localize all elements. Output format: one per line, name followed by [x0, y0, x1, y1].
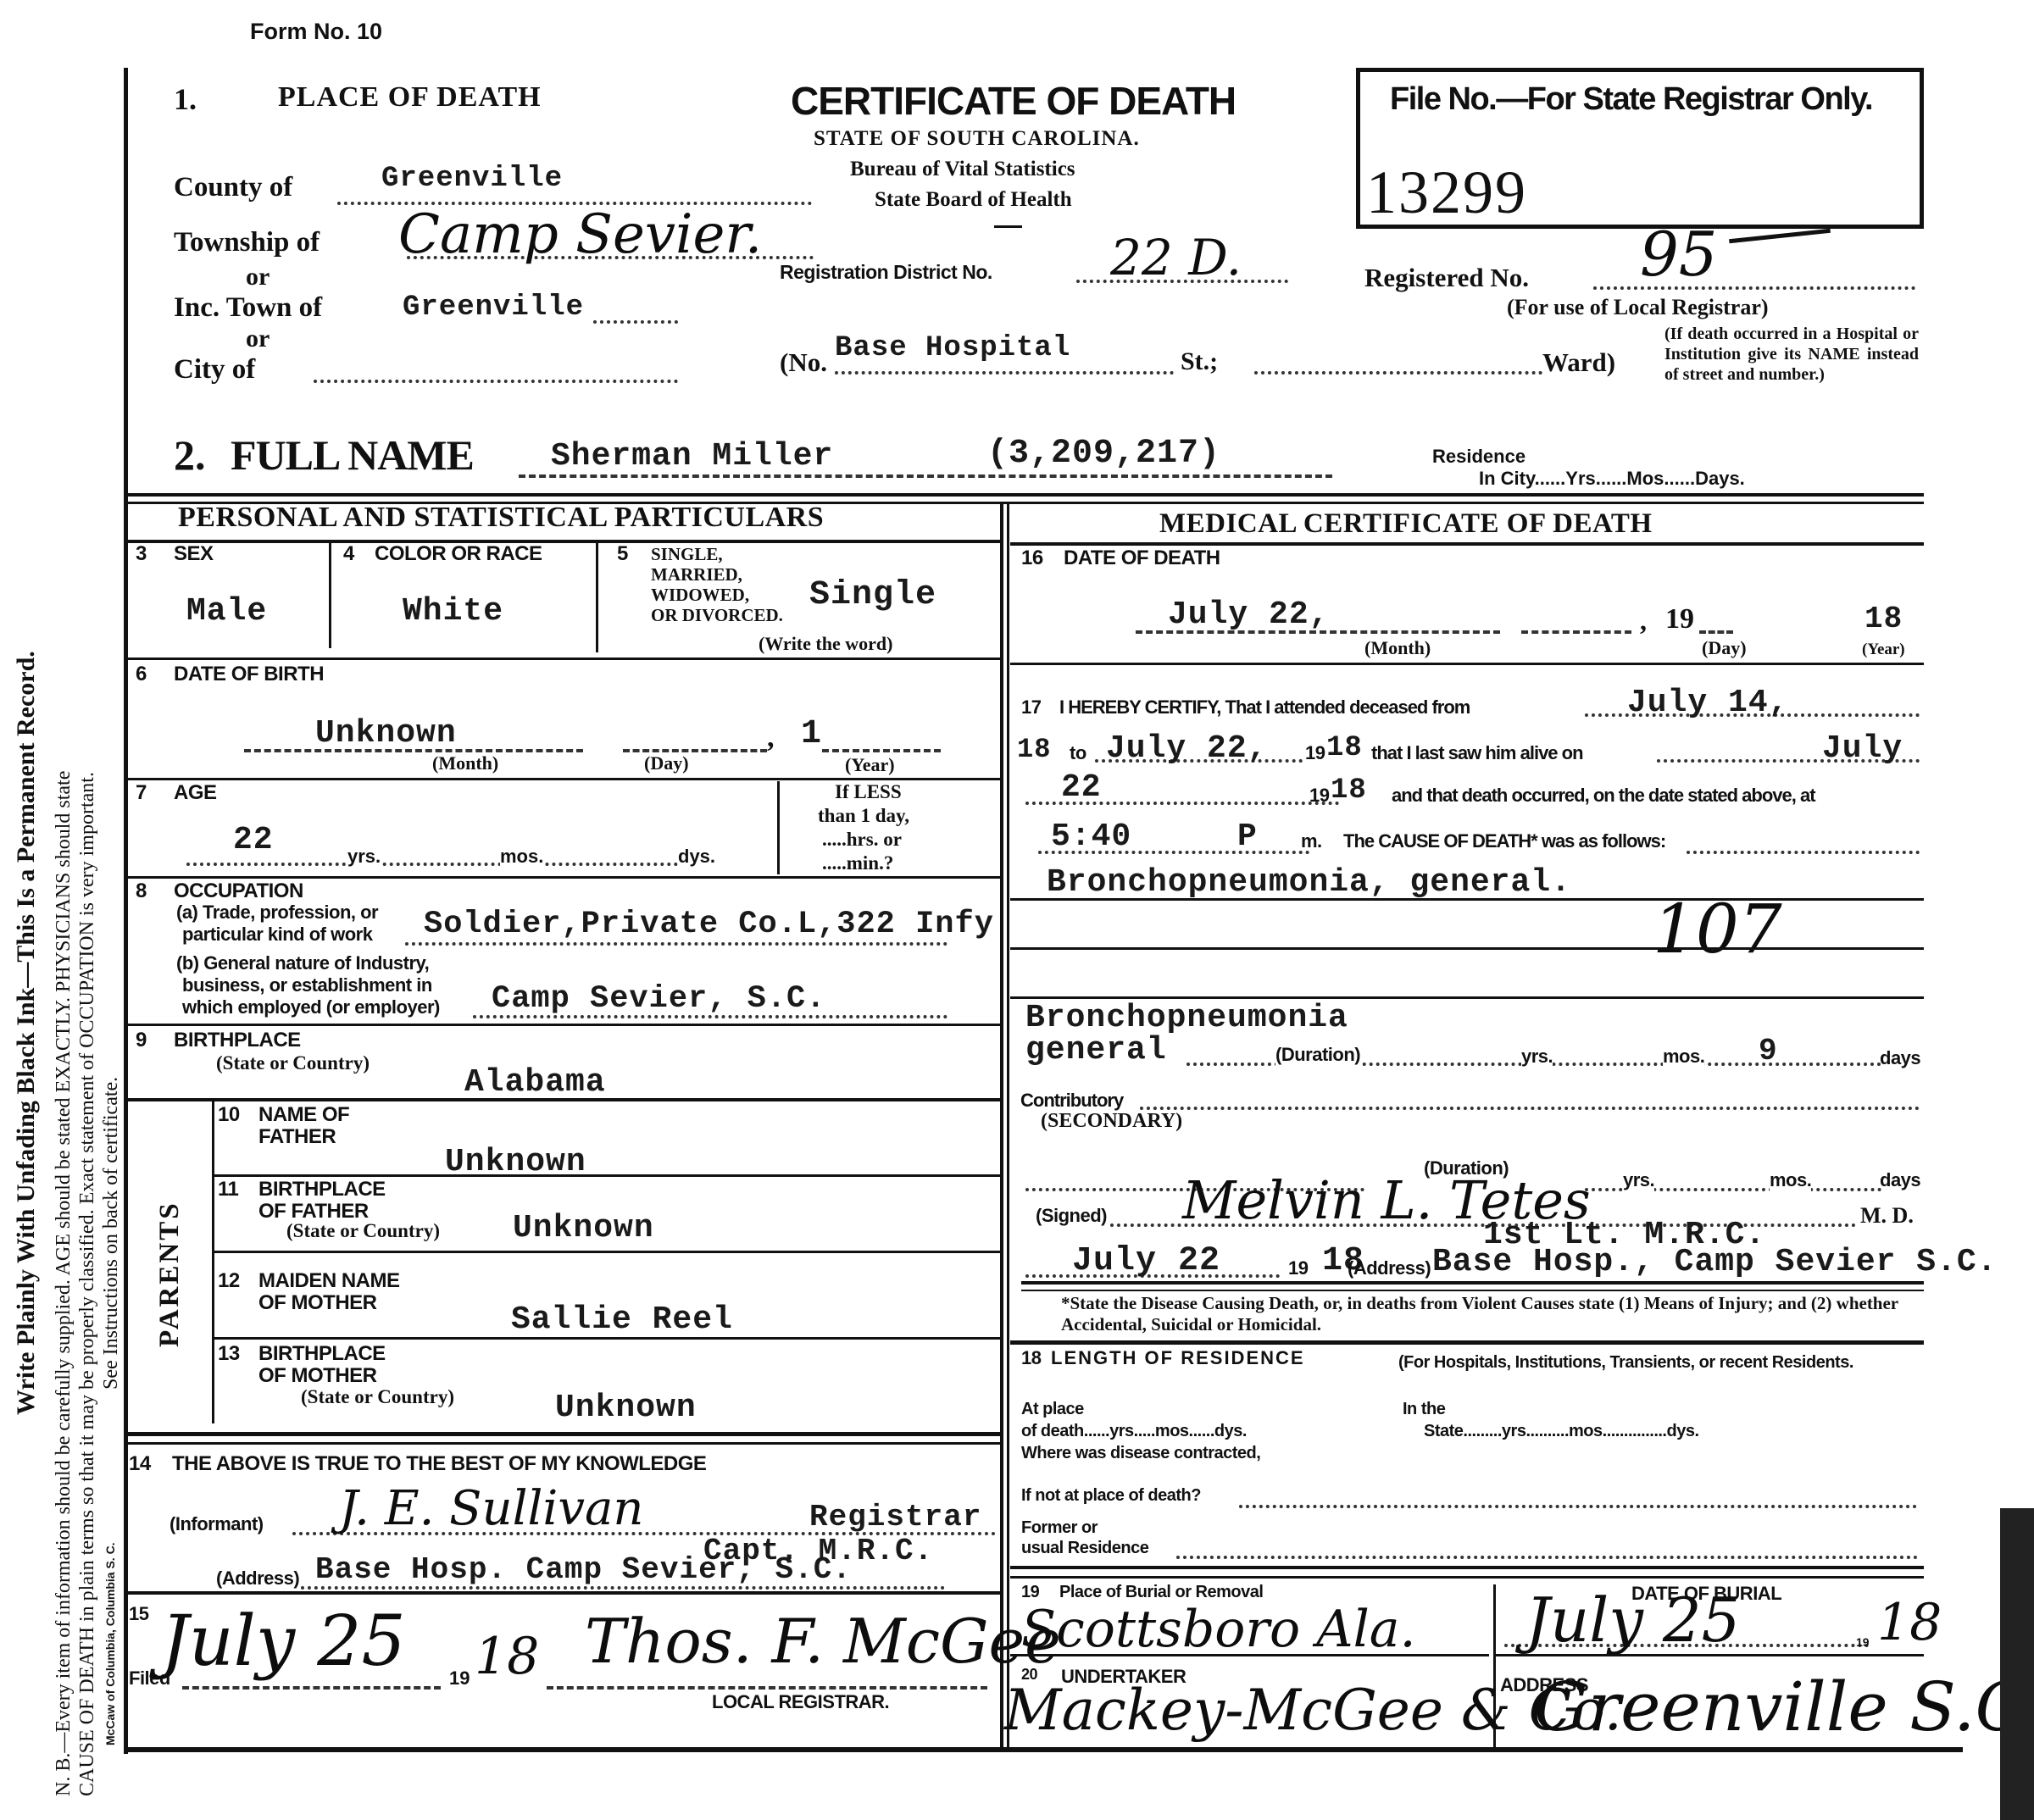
city-label: City of: [174, 354, 255, 386]
contributory-line: [1140, 1107, 1920, 1110]
row-rule-filed: [127, 1591, 1000, 1595]
file-number[interactable]: 13299: [1366, 158, 1527, 228]
duration-days-value[interactable]: 9: [1759, 1034, 1778, 1068]
filed-date-line: [182, 1686, 441, 1690]
burial-date-value[interactable]: July 25: [1525, 1584, 1740, 1656]
occupation-a-label-2: particular kind of work: [182, 924, 372, 946]
marital-number: 5: [617, 542, 628, 566]
certify-number: 17: [1021, 696, 1041, 719]
registrar-line: [547, 1686, 987, 1690]
or-2: or: [246, 325, 270, 353]
occupation-b-value[interactable]: Camp Sevier, S.C.: [492, 981, 825, 1017]
dob-number: 6: [136, 663, 147, 686]
sex-value[interactable]: Male: [186, 593, 267, 630]
parents-divider: [212, 1101, 214, 1423]
filed-year-prefix: 19: [449, 1667, 470, 1690]
duration-days-label: days: [1880, 1047, 1920, 1069]
secondary-label: (SECONDARY): [1041, 1110, 1182, 1133]
mother-name-label-2: OF MOTHER: [258, 1291, 377, 1315]
medical-heading-rule: [1010, 542, 1924, 546]
mother-birthplace-value[interactable]: Unknown: [555, 1390, 697, 1426]
certify-to-label: to: [1070, 742, 1086, 764]
cause-line-1: [1010, 898, 1924, 901]
row-rule-birthplace: [127, 1024, 1000, 1026]
death-day-caption: (Day): [1702, 637, 1747, 659]
certify-text-2: that I last saw him alive on: [1371, 742, 1583, 764]
mother-name-number: 12: [218, 1269, 240, 1293]
birthplace-value[interactable]: Alabama: [464, 1064, 606, 1101]
dob-year-line: [822, 749, 941, 752]
street-st-label: St.;: [1181, 347, 1218, 376]
cause-label-line: [1687, 851, 1920, 854]
mother-birthplace-sublabel: (State or Country): [301, 1386, 454, 1408]
informant-address-label: (Address): [216, 1568, 299, 1590]
place-of-death-number: 1.: [174, 81, 197, 117]
death-month-caption: (Month): [1364, 637, 1431, 659]
age-less-2: than 1 day,: [818, 805, 909, 827]
row-rule-informant-2: [127, 1442, 1000, 1445]
death-date-number: 16: [1021, 547, 1043, 570]
burial-place-value[interactable]: Scottsboro Ala.: [1021, 1600, 1416, 1659]
death-date-label: DATE OF DEATH: [1064, 547, 1220, 570]
age-label: AGE: [174, 781, 217, 805]
death-year-caption: (Year): [1862, 641, 1905, 659]
row-rule-age: [127, 778, 1000, 780]
filed-number: 15: [129, 1603, 148, 1625]
father-birthplace-sublabel: (State or Country): [286, 1220, 440, 1242]
cause-footnote: *State the Disease Causing Death, or, in…: [1061, 1293, 1917, 1335]
residence-length-label: LENGTH OF RESIDENCE: [1051, 1347, 1305, 1369]
residence-note: (For Hospitals, Institutions, Transients…: [1398, 1351, 1924, 1374]
usual-residence-line: [1176, 1556, 1918, 1559]
former-label: Former or: [1021, 1518, 1098, 1538]
title-rule: [994, 225, 1022, 228]
section-rule-top: [127, 493, 1924, 497]
page-edge-shadow: [2000, 1508, 2034, 1820]
undertaker-address-value[interactable]: Greenville S.C.: [1534, 1667, 2034, 1746]
secondary-mos-label: mos.: [1770, 1169, 1811, 1191]
marital-label-3: WIDOWED,: [651, 585, 749, 606]
marital-label-2: MARRIED,: [651, 564, 742, 585]
age-years-value[interactable]: 22: [233, 822, 274, 858]
center-divider: [1000, 502, 1003, 1747]
cause-line-2: [1010, 947, 1924, 950]
ward-field-line: [1254, 371, 1542, 375]
certify-to-year[interactable]: 18: [1326, 732, 1363, 764]
death-year-19: 19: [1665, 603, 1694, 635]
occupation-a-label-1: (a) Trade, profession, or: [176, 902, 378, 924]
informant-heading: THE ABOVE IS TRUE TO THE BEST OF MY KNOW…: [172, 1452, 706, 1476]
margin-note-printer: McCaw of Columbia, Columbia S. C.: [103, 1542, 117, 1745]
board-name: State Board of Health: [875, 188, 1072, 212]
birthplace-sublabel: (State or Country): [216, 1052, 370, 1074]
certify-text-1: I HEREBY CERTIFY, That I attended deceas…: [1059, 696, 1470, 719]
certify-to-value[interactable]: July 22,: [1106, 730, 1267, 767]
file-box-label: File No.—For State Registrar Only.: [1390, 81, 1872, 118]
row-rule-burial-2: [1010, 1576, 1924, 1579]
death-m-label: m.: [1301, 830, 1322, 852]
duration-label: (Duration): [1275, 1044, 1360, 1066]
death-day-line: [1521, 630, 1631, 634]
contributory-label: Contributory: [1020, 1090, 1123, 1112]
local-registrar-label: LOCAL REGISTRAR.: [712, 1691, 889, 1713]
row-rule-certify: [1010, 663, 1924, 665]
mother-name-label-1: MAIDEN NAME: [258, 1269, 400, 1293]
local-registrar-note: (For use of Local Registrar): [1507, 295, 1769, 320]
age-line: [186, 863, 712, 866]
death-year-prefix: ,: [1640, 605, 1647, 636]
cause-of-death-value[interactable]: Bronchopneumonia, general.: [1047, 864, 1571, 901]
certify-text-3: and that death occurred, on the date sta…: [1392, 785, 1815, 807]
row-rule-parents: [127, 1098, 1000, 1101]
occupation-b-label-3: which employed (or employer): [182, 996, 440, 1018]
registration-district-value[interactable]: 22 D.: [1110, 229, 1242, 286]
residence-label: Residence: [1432, 446, 1525, 468]
occupation-a-line: [405, 942, 948, 946]
race-value[interactable]: White: [403, 593, 503, 630]
in-the-label: In the: [1403, 1400, 1445, 1419]
certify-from-value[interactable]: July 14,: [1627, 685, 1788, 721]
age-less-4: .....min.?: [822, 852, 893, 874]
age-less-3: .....hrs. or: [822, 829, 902, 851]
registered-no-flourish: [1729, 229, 1831, 244]
occupation-a-value[interactable]: Soldier,Private Co.L,322 Infy: [424, 907, 994, 942]
certificate-title: CERTIFICATE OF DEATH: [791, 78, 1236, 124]
left-border: [124, 68, 128, 1754]
state-name: STATE OF SOUTH CAROLINA.: [814, 127, 1140, 151]
burial-year-value[interactable]: 18: [1877, 1593, 1942, 1652]
where-contracted-label: Where was disease contracted,: [1021, 1444, 1260, 1463]
registration-district-label: Registration District No.: [780, 261, 992, 284]
father-birthplace-number: 11: [218, 1178, 238, 1201]
inc-town-field-line: [593, 320, 678, 324]
marital-value[interactable]: Single: [809, 576, 936, 614]
burial-place-line: [1010, 1654, 1489, 1656]
margin-note-permanent-record: Write Plainly With Unfading Black Ink—Th…: [12, 651, 41, 1415]
registered-no-value[interactable]: 95: [1640, 219, 1718, 290]
hospital-note: (If death occurred in a Hospital or Inst…: [1664, 324, 1919, 385]
bottom-border: [124, 1747, 1963, 1752]
md-label: M. D.: [1860, 1203, 1914, 1229]
city-field-line: [314, 380, 678, 383]
or-1: or: [246, 263, 270, 291]
occupation-number: 8: [136, 879, 147, 903]
street-no-label: (No.: [780, 347, 827, 378]
certify-last-seen-day[interactable]: 22: [1061, 769, 1102, 806]
informant-title[interactable]: Registrar: [809, 1500, 981, 1534]
cause-line-3: [1010, 996, 1924, 999]
race-marital-divider: [596, 542, 598, 652]
residence-number: 18: [1021, 1347, 1041, 1369]
row-rule-occupation: [127, 876, 1000, 879]
row-rule-father-birthplace: [214, 1174, 1000, 1177]
if-not-line: [1239, 1505, 1917, 1508]
occupation-b-label-1: (b) General nature of Industry,: [176, 952, 429, 974]
signed-address-value[interactable]: Base Hosp., Camp Sevier S.C.: [1432, 1244, 1998, 1280]
medical-heading: MEDICAL CERTIFICATE OF DEATH: [1159, 508, 1653, 540]
age-dys-label: dys.: [678, 846, 715, 868]
filed-date-value[interactable]: July 25: [161, 1601, 406, 1682]
informant-label: (Informant): [169, 1513, 264, 1535]
signed-address-label: (Address): [1348, 1257, 1431, 1279]
place-of-death-heading: PLACE OF DEATH: [278, 81, 542, 114]
mother-birthplace-label-1: BIRTHPLACE: [258, 1342, 386, 1366]
father-birthplace-value[interactable]: Unknown: [513, 1210, 654, 1246]
full-name-number: 2.: [174, 430, 206, 480]
death-time-value[interactable]: 5:40: [1051, 818, 1131, 855]
signed-date-value[interactable]: July 22: [1072, 1242, 1220, 1280]
primary-cause-line-1[interactable]: Bronchopneumonia: [1025, 1000, 1348, 1036]
marital-label-1: SINGLE,: [651, 544, 723, 565]
certify-last-seen-year[interactable]: 18: [1331, 774, 1367, 807]
margin-note-line-3: CAUSE OF DEATH in plain terms so that it…: [76, 772, 99, 1796]
bureau-name: Bureau of Vital Statistics: [850, 158, 1075, 181]
primary-cause-line-2[interactable]: general: [1025, 1032, 1167, 1068]
signed-year-prefix: 19: [1288, 1257, 1308, 1279]
state-residence-line: State.........yrs..........mos..........…: [1424, 1422, 1699, 1441]
street-field-line: [835, 371, 1174, 375]
full-name-field-line: [519, 474, 1332, 478]
residence-in-city-line: In City......Yrs......Mos......Days.: [1479, 468, 1745, 490]
father-name-label-2: FATHER: [258, 1125, 336, 1149]
father-name-number: 10: [218, 1103, 240, 1127]
row-rule-footnote-2: [1021, 1290, 1924, 1291]
occupation-b-label-2: business, or establishment in: [182, 974, 432, 996]
birthplace-number: 9: [136, 1029, 147, 1052]
race-label: COLOR OR RACE: [375, 542, 542, 566]
age-yrs-label: yrs.: [347, 846, 381, 868]
form-number: Form No. 10: [250, 19, 382, 45]
dob-year-caption: (Year): [845, 754, 895, 776]
age-number: 7: [136, 781, 147, 805]
row-rule-residence: [1010, 1340, 1924, 1345]
race-number: 4: [343, 542, 354, 566]
secondary-yrs-label: yrs.: [1623, 1169, 1654, 1191]
age-mos-label: mos.: [500, 846, 543, 868]
age-less-divider: [777, 781, 780, 874]
certify-last-seen-year-prefix: 19: [1309, 785, 1329, 807]
burial-date-rule: [1496, 1654, 1924, 1656]
mother-birthplace-label-2: OF MOTHER: [258, 1364, 377, 1388]
township-value[interactable]: Camp Sevier.: [398, 203, 762, 266]
registered-no-label: Registered No.: [1364, 263, 1529, 293]
ward-label: Ward): [1542, 347, 1615, 378]
burial-year-prefix: 19: [1856, 1635, 1870, 1649]
informant-signature[interactable]: J. E. Sullivan: [339, 1481, 643, 1536]
row-rule-dob: [127, 658, 1000, 660]
certify-from-year[interactable]: 18: [1017, 734, 1051, 765]
dob-label: DATE OF BIRTH: [174, 663, 324, 686]
filed-year-value[interactable]: 18: [475, 1627, 539, 1686]
registrar-signature[interactable]: Thos. F. McGee: [585, 1606, 1061, 1677]
personal-heading: PERSONAL AND STATISTICAL PARTICULARS: [178, 502, 824, 534]
county-value[interactable]: Greenville: [381, 163, 563, 195]
dob-comma: ,: [767, 722, 775, 754]
township-label: Township of: [174, 227, 320, 258]
dob-year-value[interactable]: 1: [801, 715, 822, 753]
death-year-value[interactable]: 18: [1864, 602, 1903, 636]
personal-heading-rule: [127, 540, 1000, 543]
death-year-line: [1699, 630, 1733, 634]
county-label: County of: [174, 172, 292, 203]
sex-number: 3: [136, 542, 147, 566]
margin-note-line-4: See Instructions on back of certificate.: [100, 1077, 123, 1390]
birthplace-label: BIRTHPLACE: [174, 1029, 301, 1052]
cause-code-value[interactable]: 107: [1653, 890, 1782, 968]
service-number[interactable]: (3,209,217): [987, 435, 1220, 473]
death-month-value[interactable]: July 22,: [1168, 596, 1329, 633]
street-no-value[interactable]: Base Hospital: [835, 332, 1070, 364]
dob-month-caption: (Month): [432, 752, 498, 774]
duration-mos-label: mos.: [1663, 1046, 1704, 1068]
row-rule-mother-birthplace: [214, 1337, 1000, 1340]
full-name-label: FULL NAME: [231, 430, 474, 480]
father-name-label-1: NAME OF: [258, 1103, 349, 1127]
age-less-1: If LESS: [835, 781, 902, 803]
marital-hint: (Write the word): [759, 633, 892, 655]
sex-race-divider: [329, 542, 331, 648]
dob-month-value[interactable]: Unknown: [315, 715, 457, 752]
center-divider-2: [1007, 502, 1009, 1747]
margin-note-line-2: N. B.—Every item of information should b…: [53, 771, 75, 1796]
row-rule-burial-1: [1010, 1566, 1924, 1569]
at-place-label: At place: [1021, 1400, 1084, 1419]
if-not-at-place-label: If not at place of death?: [1021, 1486, 1201, 1506]
certify-last-seen-month[interactable]: July: [1822, 730, 1903, 767]
row-rule-mother-name: [214, 1251, 1000, 1253]
sex-label: SEX: [174, 542, 214, 566]
certify-to-year-prefix: 19: [1305, 742, 1325, 764]
mother-name-value[interactable]: Sallie Reel: [511, 1301, 733, 1338]
row-rule-footnote-1: [1021, 1281, 1924, 1285]
death-ampm-value[interactable]: P: [1237, 818, 1258, 855]
dob-day-caption: (Day): [644, 752, 689, 774]
marital-label-4: OR DIVORCED.: [651, 605, 783, 626]
duration-yrs-label: yrs.: [1521, 1046, 1553, 1068]
secondary-days-label: days: [1880, 1169, 1920, 1191]
usual-residence-label: usual Residence: [1021, 1539, 1148, 1558]
occupation-label: OCCUPATION: [174, 879, 303, 903]
informant-address-value[interactable]: Base Hosp. Camp Sevier, S.C.: [315, 1552, 852, 1587]
informant-number: 14: [129, 1452, 151, 1476]
row-rule-informant-1: [127, 1432, 1000, 1436]
parents-side-label: PARENTS: [154, 1201, 186, 1347]
inc-town-value[interactable]: Greenville: [403, 291, 584, 324]
father-birthplace-label-1: BIRTHPLACE: [258, 1178, 386, 1201]
mother-birthplace-number: 13: [218, 1342, 240, 1366]
of-death-line: of death......yrs.....mos......dys.: [1021, 1422, 1247, 1441]
death-time-line: [1038, 851, 1309, 854]
signed-label: (Signed): [1036, 1205, 1107, 1227]
inc-town-label: Inc. Town of: [174, 292, 322, 324]
cause-of-death-label: The CAUSE OF DEATH* was as follows:: [1343, 830, 1665, 852]
full-name-value[interactable]: Sherman Miller: [551, 438, 833, 474]
